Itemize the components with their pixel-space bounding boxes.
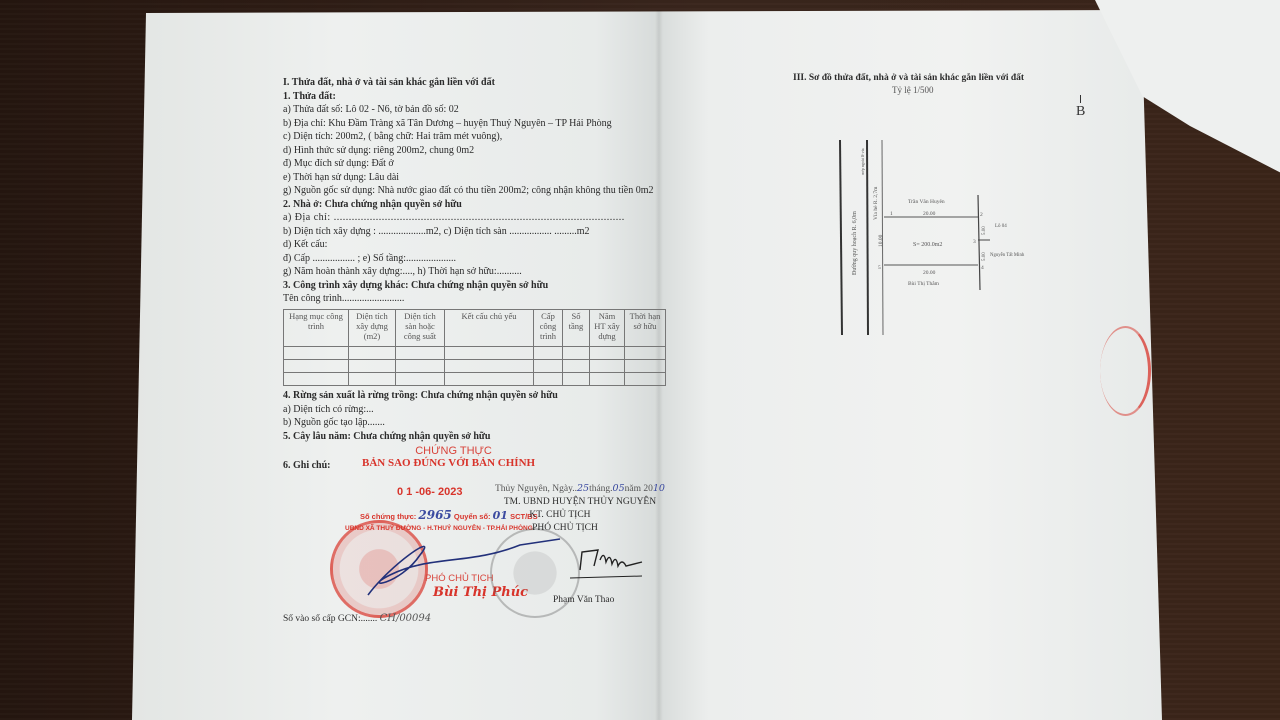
house-heading: 2. Nhà ở: Chưa chứng nhận quyền sở hữu (283, 198, 654, 212)
table-header: Diện tích sàn hoặc công suất (396, 310, 445, 347)
side-red-seal (1100, 326, 1151, 416)
house-grade-floors: đ) Cấp ................. ; e) Số tầng:..… (283, 252, 654, 266)
gcn-label: Số vào sổ cấp GCN:....... (283, 614, 377, 624)
gcn-entry: Số vào sổ cấp GCN:....... CH/00094 (283, 613, 431, 624)
top-length: 20.00 (923, 211, 936, 217)
month-label: tháng. (589, 484, 612, 494)
table-header: Thời hạn sở hữu (625, 310, 666, 347)
neighbor-bottom: Bùi Thị Thắm (908, 280, 940, 287)
table-header: Diện tích xây dựng (m2) (349, 310, 396, 347)
table-header: Cấp công trình (534, 310, 563, 347)
table-row (284, 347, 666, 360)
right-upper-length: 5.00 (982, 226, 987, 235)
gcn-value: CH/00094 (380, 613, 432, 624)
forest-section: 4. Rừng sản xuất là rừng trồng: Chưa chứ… (283, 389, 558, 443)
house-completion: g) Năm hoàn thành xây dựng:...., h) Thời… (283, 265, 654, 279)
place-date: Thủy Nguyên, Ngày..25tháng.05năm 2010 (495, 482, 665, 496)
land-use-purpose: đ) Mục đích sử dụng: Đất ở (283, 157, 654, 171)
land-plot-diagram: Đường quy hoạch R. 6,0m Vỉa hè R. 2,7m m… (830, 135, 1050, 345)
forest-area: a) Diện tích có rừng:... (283, 403, 558, 417)
table-header: Kết cấu chủ yếu (445, 310, 534, 347)
land-use-term: e) Thời hạn sử dụng: Lâu dài (283, 171, 654, 185)
place-date-prefix: Thủy Nguyên, Ngày.. (495, 484, 577, 494)
table-row (284, 373, 666, 386)
certification-number-value: 2965 (418, 508, 451, 522)
left-length: 10.00 (878, 234, 884, 247)
table-row (284, 360, 666, 373)
land-address: b) Địa chỉ: Khu Đầm Tràng xã Tân Dương –… (283, 117, 654, 131)
table-header: Số tầng (563, 310, 590, 347)
neighbor-right-lower: Nguyễn Tất Minh (990, 252, 1025, 258)
house-address: a) Địa chỉ: ............................… (283, 211, 654, 225)
diagram-title: III. Sơ đồ thửa đất, nhà ở và tài sản kh… (793, 73, 1024, 83)
signature-block: Thủy Nguyên, Ngày..25tháng.05năm 2010 TM… (495, 482, 665, 535)
land-use-origin: g) Nguồn gốc sử dụng: Nhà nước giao đất … (283, 184, 654, 198)
land-use-form: d) Hình thức sử dụng: riêng 200m2, chung… (283, 144, 654, 158)
certification-stamp-line1: CHỨNG THỰC (372, 445, 535, 457)
signature-role: KT. CHỦ TỊCH (455, 509, 665, 522)
land-parcel-number: a) Thửa đất số: Lô 02 - N6, tờ bản đồ số… (283, 103, 654, 117)
date-day: 25 (577, 483, 589, 494)
year-label: năm 20 (625, 484, 653, 494)
date-year: 10 (653, 483, 665, 494)
notes-heading: 6. Ghi chú: (283, 459, 331, 473)
table-header: Năm HT xây dựng (590, 310, 625, 347)
date-month: 05 (613, 483, 625, 494)
perennial-heading: 5. Cây lâu năm: Chưa chứng nhận quyền sở… (283, 430, 558, 444)
signature-title: PHÓ CHỦ TỊCH (465, 522, 665, 535)
bottom-length: 20.00 (923, 270, 936, 276)
area-label: S= 200.0m2 (913, 242, 942, 248)
certification-date: 0 1 -06- 2023 (397, 486, 462, 498)
diagram-scale: Tỷ lệ 1/500 (892, 85, 934, 95)
land-parcel-heading: 1. Thửa đất: (283, 90, 654, 104)
forest-heading: 4. Rừng sản xuất là rừng trồng: Chưa chứ… (283, 389, 558, 403)
other-works-table: Hạng mục công trình Diện tích xây dựng (… (283, 309, 666, 386)
right-lower-length: 5.00 (982, 252, 987, 261)
north-label: B (1076, 104, 1085, 120)
road-top-note: mép ngoài lề vỉa (860, 148, 865, 175)
certification-stamp: CHỨNG THỰC BẢN SAO ĐÚNG VỚI BẢN CHÍNH (362, 445, 535, 469)
point-4: 4 (981, 265, 984, 271)
road-side-label: Vỉa hè R. 2,7m (873, 186, 879, 220)
house-areas: b) Diện tích xây dựng : ................… (283, 225, 654, 239)
land-area: c) Diện tích: 200m2, ( bằng chữ: Hai tră… (283, 130, 654, 144)
section-1-title: I. Thửa đất, nhà ở và tài sản khác gắn l… (283, 76, 654, 90)
signer-name: Phạm Văn Thao (553, 595, 614, 605)
point-3: 3 (973, 239, 976, 245)
neighbor-right-upper: Lô 04 (995, 224, 1007, 229)
point-1: 1 (890, 211, 893, 217)
certification-stamp-line2: BẢN SAO ĐÚNG VỚI BẢN CHÍNH (362, 457, 535, 469)
signature-org: TM. UBND HUYỆN THỦY NGUYÊN (495, 496, 665, 509)
point-2: 2 (980, 212, 983, 218)
north-arrow-icon (1080, 95, 1081, 103)
left-page-content: I. Thửa đất, nhà ở và tài sản khác gắn l… (283, 76, 654, 306)
point-5: 5 (878, 265, 881, 271)
neighbor-top: Trần Văn Huyên (908, 198, 945, 205)
forest-origin: b) Nguồn gốc tạo lập....... (283, 416, 558, 430)
house-structure: d) Kết cấu: (283, 238, 654, 252)
road-main-label: Đường quy hoạch R. 6,0m (852, 211, 858, 275)
other-works-name: Tên công trình......................... (283, 292, 654, 306)
other-works-heading: 3. Công trình xây dựng khác: Chưa chứng … (283, 279, 654, 293)
table-header: Hạng mục công trình (284, 310, 349, 347)
certification-number-label: Số chứng thực: (360, 512, 416, 521)
